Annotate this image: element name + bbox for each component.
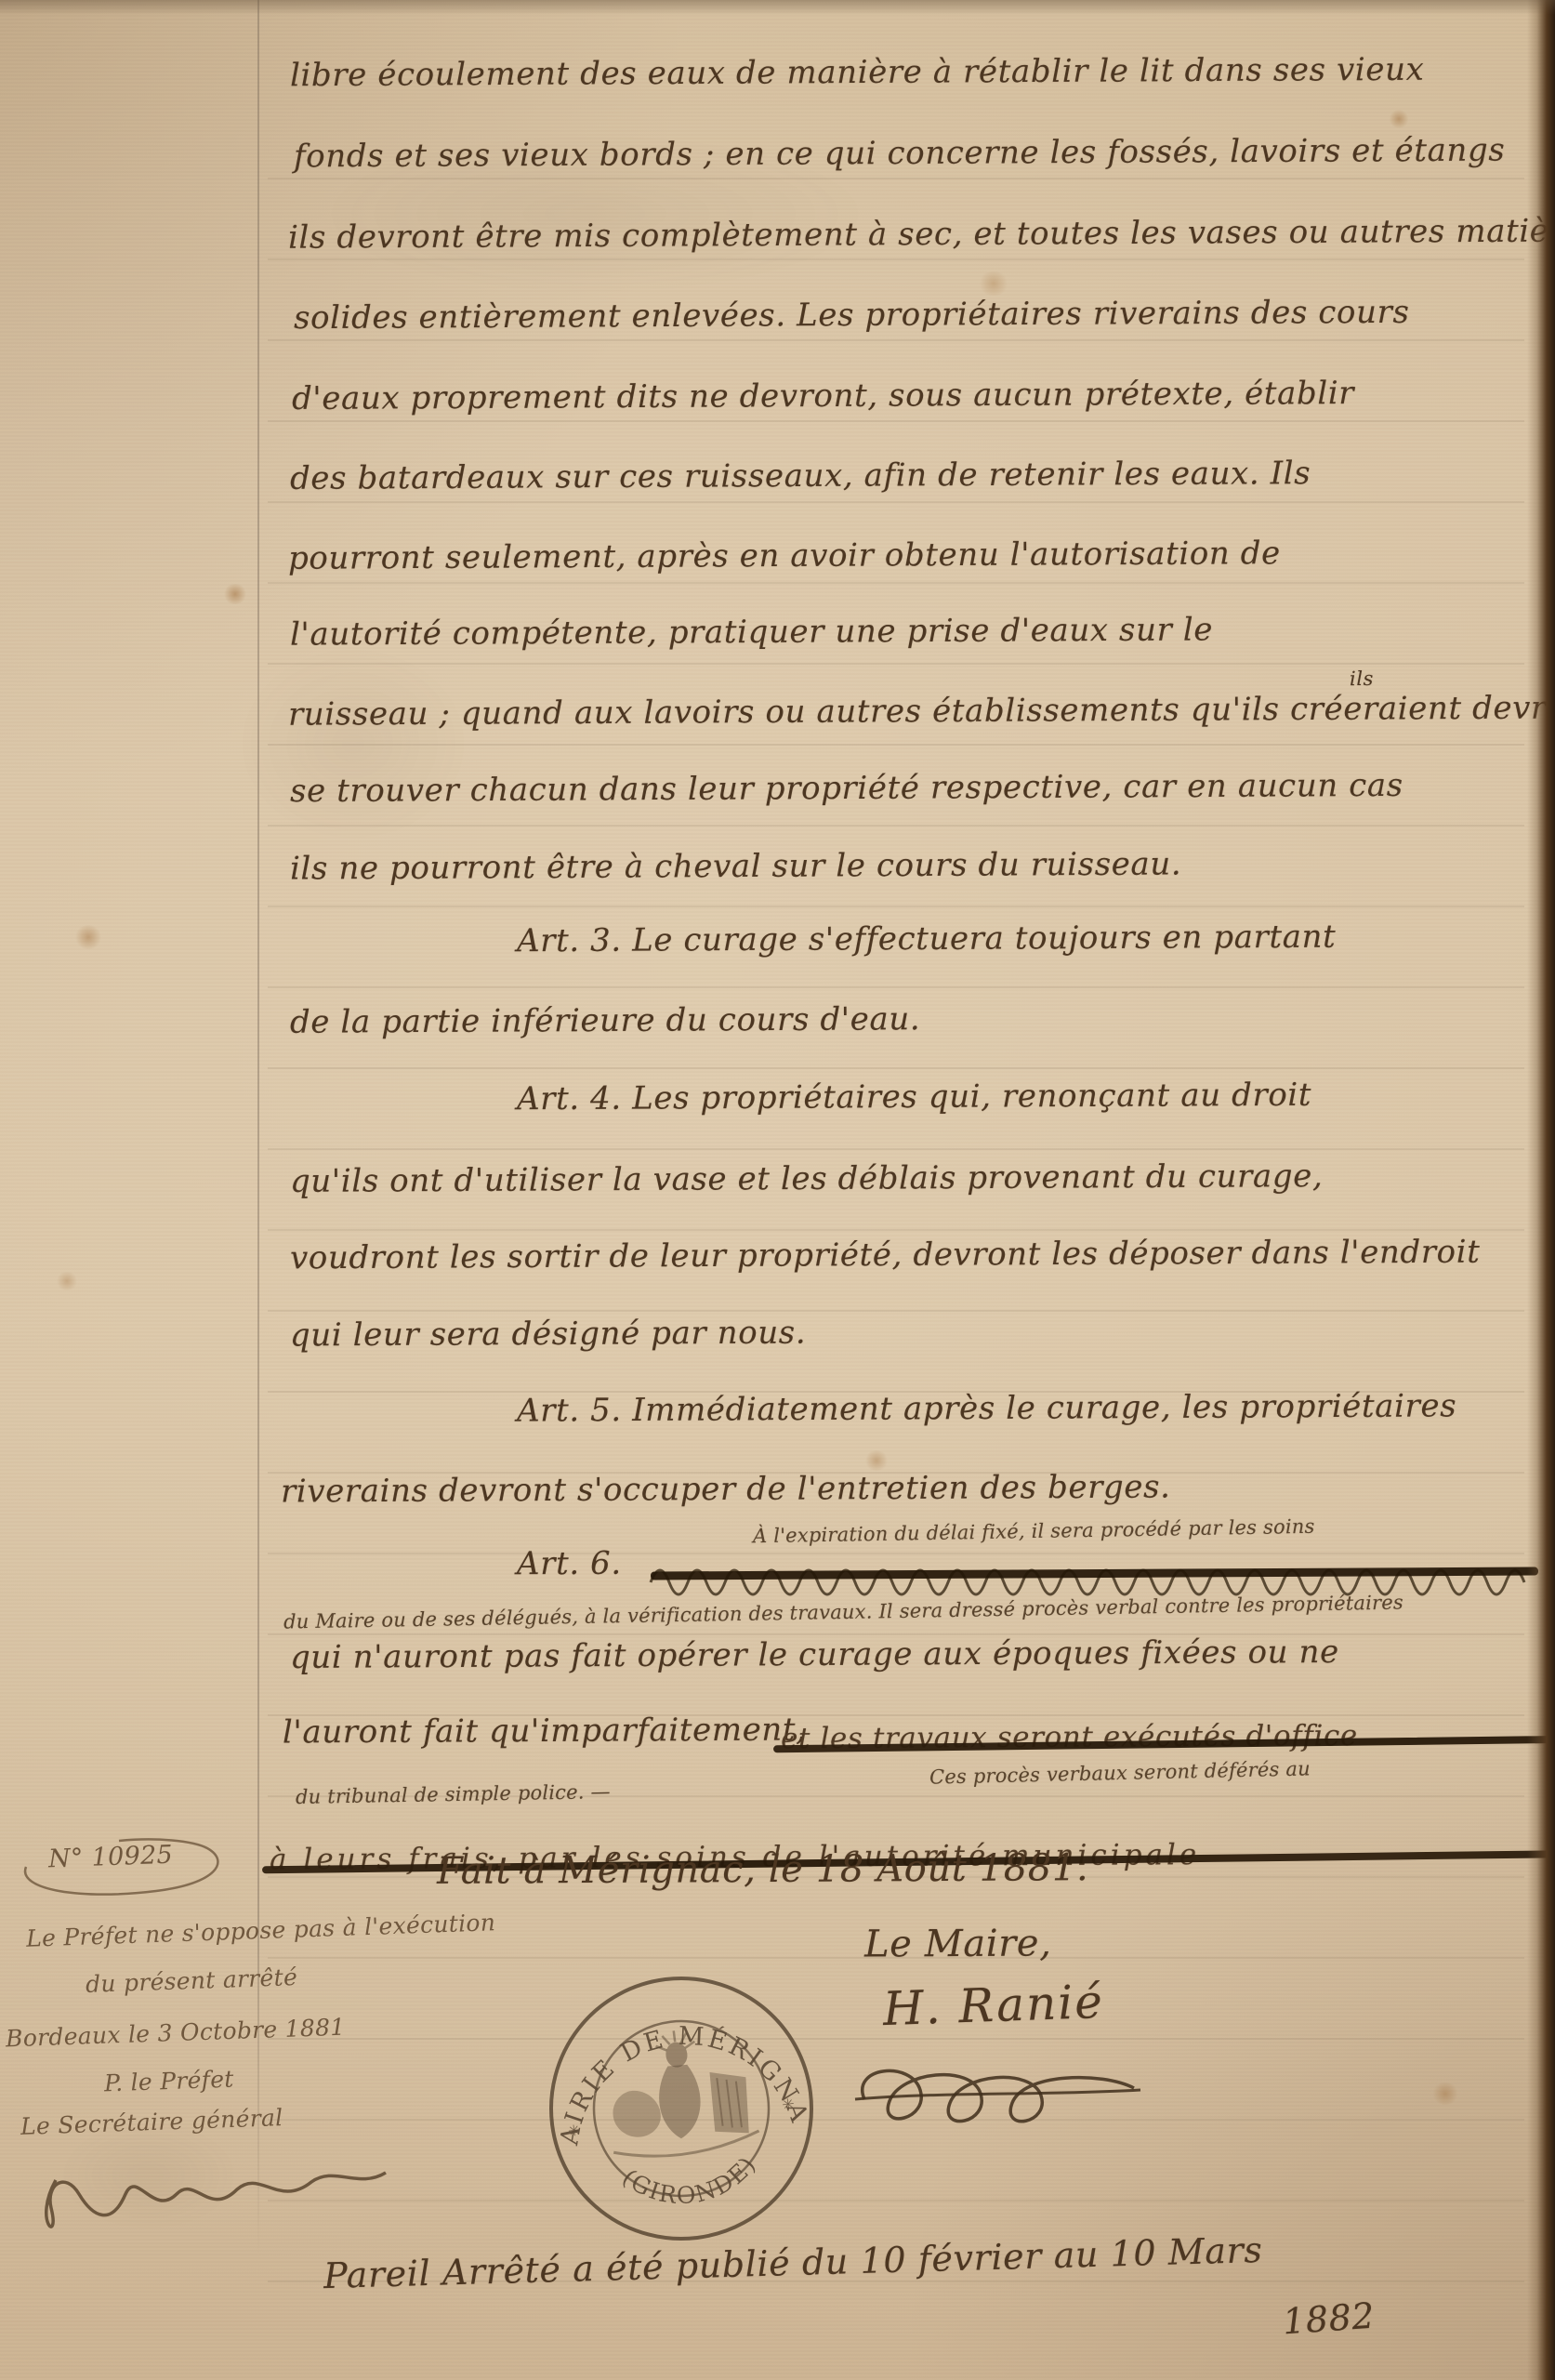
stain <box>978 271 1009 296</box>
manuscript-line: l'autorité compétente, pratiquer une pri… <box>290 611 1213 653</box>
svg-text:✳: ✳ <box>781 2095 796 2113</box>
manuscript-line: ils devront être mis complètement à sec,… <box>288 212 1555 256</box>
mairie-merignac-stamp: MAIRIE DE MÉRIGNAC (GIRONDE) ✳ ✳ <box>526 1953 837 2264</box>
manuscript-line: des batardeaux sur ces ruisseaux, afin d… <box>290 455 1311 497</box>
manuscript-line: d'eaux proprement dits ne devront, sous … <box>292 375 1354 417</box>
manuscript-line: qui n'auront pas fait opérer le curage a… <box>290 1633 1339 1676</box>
stain <box>1431 2082 1459 2105</box>
manuscript-line: ruisseau ; quand aux lavoirs ou autres é… <box>288 689 1555 733</box>
article-3-line: Art. 3. Le curage s'effectuera toujours … <box>517 919 1337 960</box>
ink-bleed-smudge <box>232 641 474 846</box>
stain <box>1389 110 1409 128</box>
svg-text:(GIRONDE): (GIRONDE) <box>615 2149 767 2217</box>
manuscript-line: de la partie inférieure du cours d'eau. <box>290 1000 920 1041</box>
manuscript-line: l'auront fait qu'imparfaitement, <box>283 1712 807 1752</box>
stain <box>74 925 102 949</box>
manuscript-line: voudront les sortir de leur propriété, d… <box>290 1234 1481 1277</box>
stain <box>56 1272 78 1290</box>
article-6-label: Art. 6. <box>517 1545 622 1583</box>
signer-role: Le Maire, <box>864 1922 1052 1965</box>
manuscript-line: qu'ils ont d'utiliser la vase et les déb… <box>290 1157 1324 1200</box>
manuscript-line: qui leur sera désigné par nous. <box>290 1315 806 1355</box>
manuscript-line: pourront seulement, après en avoir obten… <box>288 535 1281 577</box>
page-top-shadow <box>0 0 1555 15</box>
mayor-signature: H. Ranié <box>882 1975 1105 2036</box>
registry-number-flourish <box>7 1830 240 1909</box>
prefect-note-line-2: du présent arrêté <box>86 1963 298 1998</box>
prefect-note-place-date: Bordeaux le 3 Octobre 1881 <box>6 2014 346 2053</box>
interlinear-insert-ils: ils <box>1350 668 1374 690</box>
manuscript-line: ils ne pourront être à cheval sur le cou… <box>290 845 1181 887</box>
page-binding-edge <box>1527 0 1555 2380</box>
interlinear-addition: du tribunal de simple police. — <box>296 1780 611 1808</box>
interlinear-addition: Ces procès verbaux seront déférés au <box>929 1757 1311 1788</box>
stain <box>223 584 247 604</box>
publication-line: Pareil Arrêté a été publié du 10 février… <box>323 2229 1263 2296</box>
signature-flourish <box>841 2053 1148 2141</box>
manuscript-line: se trouver chacun dans leur propriété re… <box>290 767 1403 810</box>
manuscript-page: libre écoulement des eaux de manière à r… <box>0 0 1555 2380</box>
article-5-line: Art. 5. Immédiatement après le curage, l… <box>517 1387 1456 1429</box>
article-4-line: Art. 4. Les propriétaires qui, renonçant… <box>517 1077 1311 1117</box>
manuscript-line: fonds et ses vieux bords ; en ce qui con… <box>294 132 1506 176</box>
publication-year: 1882 <box>1282 2295 1377 2343</box>
secretary-signature <box>23 2152 395 2254</box>
manuscript-line: solides entièrement enlevées. Les propri… <box>294 294 1410 337</box>
manuscript-line: libre écoulement des eaux de manière à r… <box>290 51 1425 94</box>
strikethrough-scribble <box>651 1554 1543 1597</box>
manuscript-line: riverains devront s'occuper de l'entreti… <box>281 1468 1171 1510</box>
interlinear-addition: du Maire ou de ses délégués, à la vérifi… <box>283 1591 1403 1633</box>
struck-text: et les travaux seront exécutés d'office <box>781 1714 1555 1756</box>
prefect-note-role-1: P. le Préfet <box>104 2066 235 2097</box>
dateline: Fait à Mérignac, le 18 Août 1881. <box>437 1846 1088 1893</box>
svg-text:✳: ✳ <box>567 2121 582 2139</box>
stain <box>864 1450 889 1471</box>
interlinear-addition: À l'expiration du délai fixé, il sera pr… <box>753 1515 1315 1548</box>
prefect-note-line-1: Le Préfet ne s'oppose pas à l'exécution <box>26 1909 496 1952</box>
prefect-note-role-2: Le Secrétaire général <box>20 2104 283 2140</box>
svg-text:MAIRIE DE MÉRIGNAC: MAIRIE DE MÉRIGNAC <box>509 1932 815 2160</box>
